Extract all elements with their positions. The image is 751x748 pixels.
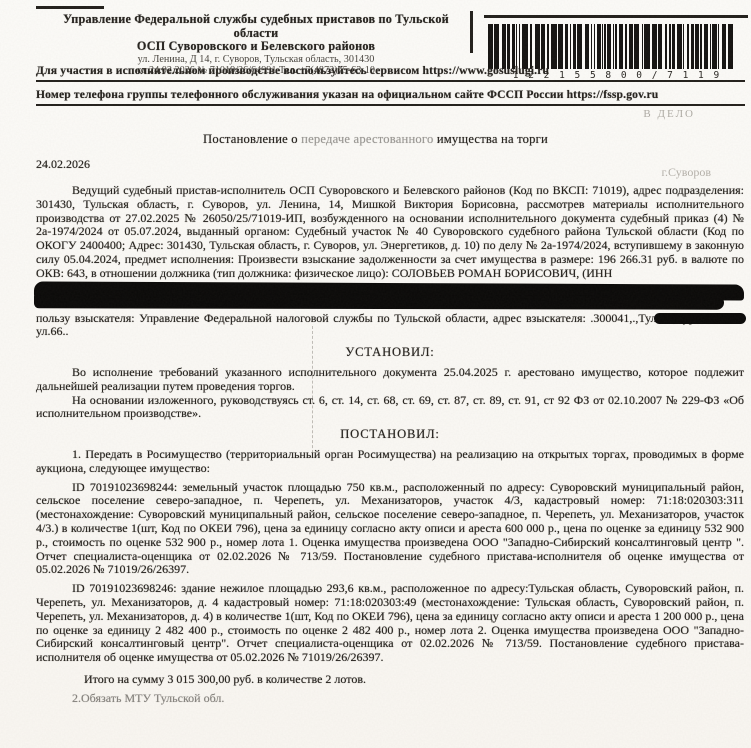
barcode-bar [728,24,733,69]
barcode-bar [700,24,702,69]
heading-postanovil: ПОСТАНОВИЛ: [36,428,744,442]
org-name-line2: ОСП Суворовского и Белевского районов [40,40,472,54]
para-legal-basis: На основании изложенного, руководствуясь… [36,394,744,422]
barcode-bar [512,24,516,69]
barcode-bar [691,24,693,69]
para-transfer-order: 1. Передать в Росимущество (территориаль… [36,448,744,476]
para-creditor-text: пользу взыскателя: Управление Федерально… [36,311,744,339]
barcode-bar [541,24,545,69]
notice-phone: Номер телефона группы телефонного обслуж… [36,88,745,106]
total-line: Итого на сумму 3 015 300,00 руб. в колич… [36,673,744,687]
barcode-bar [658,24,662,69]
scanned-document-page: Управление Федеральной службы судебных п… [0,0,751,748]
barcode-bar [642,24,643,69]
barcode-bar [570,24,571,69]
barcode-bar [516,24,517,69]
para-lot-1: ID 70191023698244: земельный участок пло… [36,481,744,578]
barcode-bar [573,24,575,69]
scan-edge-mark [36,6,104,9]
redaction-bar-bottom [34,294,724,309]
barcode-bar [652,24,657,69]
barcode-bar [507,24,509,69]
barcode-bar [530,24,532,69]
barcode-bar [613,24,614,69]
barcode-bar [597,24,601,69]
barcode-bar [665,24,667,69]
barcode-bar [644,24,649,69]
para-lot-2: ID 70191023698246: здание нежилое площад… [36,582,744,665]
document-title: Постановление о передаче арестованного и… [0,132,751,147]
title-part3: имущества на торги [433,132,547,146]
barcode-bar [629,24,633,69]
barcode-bar [558,24,563,69]
notice-gosuslugi: Для участия в исполнительном производств… [36,64,745,82]
para-execution: Во исполнение требований указанного испо… [36,366,744,394]
barcode-bar [704,24,708,69]
barcode-bar [683,24,684,69]
barcode-bar [712,24,717,69]
city-stamp: г.Суворов [661,165,711,180]
barcode-bar [615,24,617,69]
document-body: Ведущий судебный пристав-исполнитель ОСП… [36,184,744,706]
scan-top-rule [484,15,748,18]
barcode-bar [607,24,611,69]
heading-ustanovil: УСТАНОВИЛ: [36,346,744,360]
org-name-line1: Управление Федеральной службы судебных п… [40,13,472,40]
barcode-bar [522,24,527,69]
redaction-bar [36,283,744,310]
barcode-bar [634,24,639,69]
para-creditor: пользу взыскателя: Управление Федерально… [36,312,744,340]
partial-next-line: 2.Обязать МТУ Тульской обл. [36,692,744,706]
barcode-bar [687,24,689,69]
barcode-bar [565,24,569,69]
barcode-bar [591,24,592,69]
barcode-bar [604,24,606,69]
barcode-bar [551,24,556,69]
barcode-bar [669,24,671,69]
title-part2-faded: передаче арестованного [301,132,433,146]
barcode-bar [710,24,711,69]
redaction-tail [654,313,746,325]
barcode-bar [672,24,674,69]
barcode-bar [494,24,499,69]
barcode-bar [594,24,595,69]
barcode-bar [535,24,540,69]
barcode-bar [585,24,589,69]
barcode-bar [602,24,603,69]
barcode-bar [488,24,493,69]
barcode-bar [519,24,520,69]
barcode-bar [722,24,726,69]
v-delo-stamp: В ДЕЛО [643,108,695,120]
barcode-bar [502,24,506,69]
barcode-bar [625,24,627,69]
barcode-bar [577,24,582,69]
document-date: 24.02.2026 [36,157,90,172]
barcode-bar [718,24,719,69]
barcode-bar [695,24,699,69]
barcode-bar [547,24,549,69]
barcode-bars [488,24,746,69]
title-part1: Постановление о [203,132,301,146]
barcode-bar [619,24,623,69]
barcode-bar [677,24,682,69]
para-intro: Ведущий судебный пристав-исполнитель ОСП… [36,184,744,281]
